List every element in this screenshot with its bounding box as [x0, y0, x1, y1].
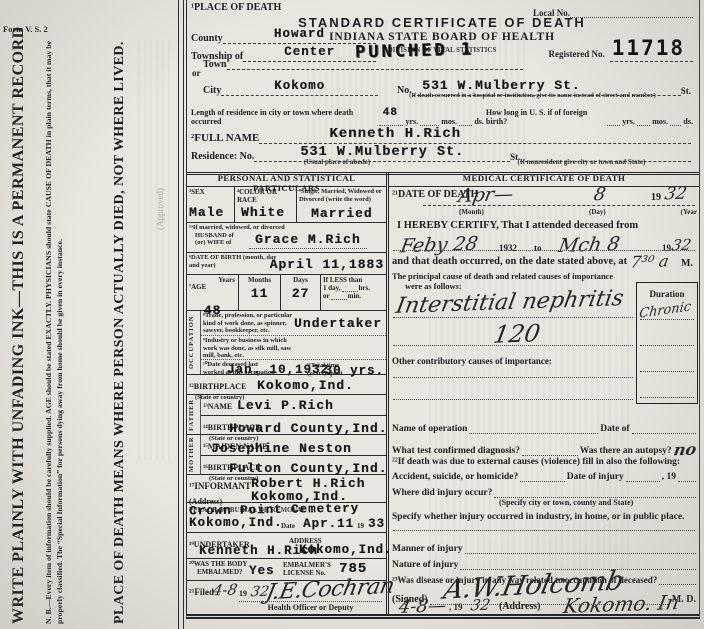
father-birthplace-value: Howard County,Ind. [229, 421, 387, 436]
death-day-handwritten: 8 [592, 184, 607, 205]
length-value: 48 [383, 107, 398, 119]
embalmed-value: Yes [249, 564, 275, 578]
approved-note: (Approved) [155, 70, 165, 230]
registered-no-value: 11718 [610, 36, 693, 62]
death-year-prefix: 19 [651, 192, 661, 203]
attended-to-handwritten: Mch 8 [557, 233, 622, 257]
where-injury-note: (Specify city or town, county and State) [499, 498, 633, 507]
dotted-line [423, 205, 695, 206]
sex-label: ³SEX [189, 188, 232, 196]
undertaker-row: ¹⁹UNDERTAKER Kenneth H.Rich ADDRESS Koko… [187, 533, 386, 559]
dotted-line [640, 397, 694, 398]
cause-label-1: The principal cause of death and related… [392, 272, 613, 281]
registered-no-row: Registered No. 11718 [548, 36, 693, 62]
place-of-death-label: ¹PLACE OF DEATH [191, 2, 281, 13]
month-caption: (Month) [459, 208, 484, 216]
accident-row: Accident, suicide, or homicide? Date of … [392, 472, 696, 482]
city-value: Kokomo [274, 79, 325, 93]
spouse-value: Grace M.Rich [249, 232, 367, 249]
trade-label: ⁸Trade, profession, or particular kind o… [203, 312, 299, 335]
marital-label: ⁵Single, Married, Widowed or Divorced (w… [299, 188, 384, 203]
months-label: Months [241, 276, 278, 284]
burial-date-label: Date [281, 522, 295, 530]
street-value: 531 W.Mulberry St. [422, 78, 580, 93]
signed-date-handwritten: 4-8— [397, 595, 448, 618]
color-cell: ⁴COLOR OR RACE White [235, 187, 297, 222]
father-content: ¹³NAME Levi P.Rich ¹⁴BIRTHPLACE (State o… [201, 395, 386, 434]
dotted-line [659, 576, 696, 585]
age-months-cell: Months 11 [239, 275, 281, 310]
mother-birthplace-value: Fulton County,Ind. [229, 461, 387, 476]
dob-label: ⁶DATE OF BIRTH (month, day and year) [189, 254, 281, 269]
sex-color-marital-row: ³SEX Male ⁴COLOR OR RACE White ⁵Single, … [187, 187, 386, 223]
age-row: ⁷AGE Years 48 Months 11 Days 27 If LESS … [187, 275, 386, 311]
city-label: City [203, 85, 221, 96]
township-value: Center [284, 45, 335, 59]
occupation-content: ⁸Trade, profession, or particular kind o… [201, 311, 386, 374]
father-name-value: Levi P.Rich [237, 398, 334, 413]
county-field: Howard [223, 24, 376, 44]
undertaker-address-value: Kokomo,Ind. [299, 543, 393, 557]
personal-particulars-title: PERSONAL AND STATISTICAL PARTICULARS [187, 172, 386, 187]
dotted-line [393, 345, 633, 346]
color-value: White [241, 205, 285, 220]
marital-cell: ⁵Single, Married, Widowed or Divorced (w… [297, 187, 386, 222]
filed-row: ²¹Filed 4-8 19 32 J.E.Cochran Health Off… [187, 581, 386, 614]
burial-row: ¹⁸PLACE OF BURIAL OR REMOVAL Crown Point… [187, 503, 386, 533]
year-caption: (Year [681, 208, 697, 216]
margin-nb-note: N. B.—Every item of information should b… [44, 12, 65, 624]
town-row: Town [203, 59, 523, 70]
address-handwritten: Kokomo. In [561, 590, 681, 618]
margin-divider-line [178, 0, 179, 629]
specify-injury-label: Specify whether injury occurred in indus… [392, 512, 684, 522]
full-name-field: Kenneth H.Rich [259, 124, 691, 144]
birthplace-row: ¹²BIRTHPLACE (State or country) Kokomo,I… [187, 375, 386, 395]
dotted-line [393, 317, 633, 318]
certify-line: I HEREBY CERTIFY, That I attended deceas… [397, 220, 638, 231]
mother-row: ¹⁵MAIDEN NAME Josephine Neston ¹⁶BIRTHPL… [187, 435, 386, 475]
hour-handwritten: 7³⁰ a [630, 251, 671, 271]
am-label: M. [681, 258, 693, 269]
town-label: Town [203, 59, 227, 70]
occupation-side-label: OCCUPATION [187, 311, 201, 374]
dotted-line [469, 425, 598, 434]
certificate-form: ¹PLACE OF DEATH Local No. STANDARD CERTI… [186, 0, 700, 619]
father-side-label: FATHER [187, 395, 201, 434]
informant-label: ¹⁷INFORMANT [189, 481, 251, 491]
age-less-cell: If LESS than 1 day, hrs. or min. [321, 275, 386, 310]
license-label-1: EMBALMER'S [283, 561, 331, 569]
mother-side-label: MOTHER [187, 435, 201, 474]
mother-maiden-name-value: Josephine Neston [211, 441, 352, 456]
margin-permanent-record-note: WRITE PLAINLY WITH UNFADING INK—THIS IS … [10, 16, 28, 624]
county-row: County Howard [191, 24, 376, 44]
occupation-row: ⁸Trade, profession, or particular kind o… [187, 311, 386, 375]
health-officer-label: Health Officer or Deputy [239, 603, 382, 612]
test-label: What test confirmed diagnosis? [392, 446, 520, 456]
to-year-handwritten: 32 [670, 236, 692, 255]
medical-certificate-title: MEDICAL CERTIFICATE OF DEATH [389, 172, 699, 187]
mother-name-subrow: ¹⁵MAIDEN NAME Josephine Neston [201, 435, 386, 456]
dotted-line [393, 399, 633, 400]
external-causes-label: ²²If death was due to external causes (v… [392, 457, 680, 467]
diagnosis-test-row: What test confirmed diagnosis? Was there… [392, 440, 696, 456]
where-injury-label: Where did injury occur? [392, 488, 492, 498]
less-min-label: min. [348, 292, 361, 300]
duration-label: Duration [637, 289, 697, 299]
informant-row: ¹⁷INFORMANT Robert H.Rich (Address) Koko… [187, 475, 386, 503]
less-label-1: If LESS than [323, 276, 384, 284]
birthplace-label: ¹²BIRTHPLACE [189, 382, 246, 391]
years-label: Years [218, 276, 235, 284]
address-label: (Address) [499, 601, 540, 612]
accident-label: Accident, suicide, or homicide? [392, 472, 518, 482]
dotted-line [520, 473, 565, 482]
dotted-line [678, 473, 696, 482]
operation-row: Name of operation Date of [392, 424, 696, 434]
father-name-label: ¹³NAME [203, 402, 232, 411]
less-line-3: or min. [323, 292, 384, 300]
less-hrs-label: hrs. [359, 284, 370, 292]
dotted-line [342, 285, 358, 292]
manner-injury-label: Manner of injury [392, 544, 463, 554]
personal-particulars-column: PERSONAL AND STATISTICAL PARTICULARS ³SE… [187, 172, 389, 614]
dotted-line [393, 377, 633, 378]
attended-from-year: 1932 [499, 243, 517, 253]
dotted-line [640, 319, 694, 320]
burial-year-prefix: 19 [357, 522, 364, 530]
where-injury-row: Where did injury occur? [392, 488, 696, 498]
form-header: ¹PLACE OF DEATH Local No. STANDARD CERTI… [187, 0, 699, 175]
town-field [227, 68, 523, 70]
spouse-label-1: ⁵ᵃIf married, widowed, or divorced [189, 224, 384, 232]
trade-subrow: ⁸Trade, profession, or particular kind o… [201, 311, 386, 336]
license-label-2: LICENSE No. [283, 569, 326, 577]
burial-year-value: 33 [368, 517, 385, 531]
signed-year-handwritten: 32 [469, 596, 491, 615]
margin-place-of-death-note: PLACE OF DEATH MEANS WHERE PERSON ACTUAL… [112, 12, 128, 624]
county-value: Howard [274, 27, 325, 41]
dotted-line [393, 250, 695, 251]
industry-subrow: ⁹Industry or business in which work was … [201, 336, 386, 360]
dob-row: ⁶DATE OF BIRTH (month, day and year) Apr… [187, 253, 386, 275]
less-label-2: 1 day, [323, 284, 341, 292]
death-certificate-scan: Form V. S. 2 WRITE PLAINLY WITH UNFADING… [0, 0, 704, 629]
operation-date-label: Date of [600, 424, 629, 434]
autopsy-label: Was there an autopsy? [580, 446, 672, 456]
dob-value: April 11,1883 [270, 257, 384, 272]
father-row: ¹³NAME Levi P.Rich ¹⁴BIRTHPLACE (State o… [187, 395, 386, 435]
industry-label: ⁹Industry or business in which work was … [203, 337, 299, 360]
occurred-line: and that death occurred, on the date sta… [392, 256, 627, 267]
duration-box: Duration Chronic [636, 282, 698, 404]
injury-year-label: , 19 [662, 472, 676, 482]
abode-note: (Usual place of abode) [247, 158, 427, 166]
left-margin: Form V. S. 2 WRITE PLAINLY WITH UNFADING… [0, 0, 184, 629]
dotted-line [640, 345, 694, 346]
nature-injury-label: Nature of injury [392, 560, 458, 570]
dotted-line [494, 489, 696, 498]
filed-label: ²¹Filed [189, 587, 214, 597]
days-label: Days [283, 276, 318, 284]
city-field: Kokomo [221, 76, 378, 96]
city-row: City Kokomo [203, 76, 378, 96]
death-year-handwritten: 32 [664, 184, 689, 205]
trade-value: Undertaker [294, 316, 382, 331]
age-years-cell: ⁷AGE Years 48 [187, 275, 239, 310]
nature-injury-row: Nature of injury [392, 560, 696, 570]
registered-no-label: Registered No. [548, 49, 604, 62]
sex-cell: ³SEX Male [187, 187, 235, 222]
days-value: 27 [283, 286, 318, 301]
hospital-note: (If death occurred in a hospital or inst… [372, 92, 693, 99]
marital-value: Married [311, 206, 373, 221]
dotted-line [626, 473, 660, 482]
dotted-line [522, 447, 578, 456]
full-name-row: ²FULL NAME Kenneth H.Rich [191, 124, 691, 144]
dotted-line [465, 545, 696, 554]
burial-date-value: Apr.11 [303, 517, 354, 531]
death-month-handwritten: Apr— [457, 183, 515, 207]
age-days-cell: Days 27 [281, 275, 321, 310]
dotted-line [632, 425, 696, 434]
mother-content: ¹⁵MAIDEN NAME Josephine Neston ¹⁶BIRTHPL… [201, 435, 386, 474]
birthplace-value: Kokomo,Ind. [257, 378, 354, 393]
operation-label: Name of operation [392, 424, 467, 434]
dotted-line [331, 293, 347, 300]
nonresident-note: (If nonresident give city or town and St… [474, 158, 689, 166]
injury-date-label: Date of injury [567, 472, 624, 482]
filed-date-handwritten: 4-8 [211, 581, 239, 600]
dotted-line [239, 601, 382, 602]
burial-place-value: Kokomo,Ind. [189, 516, 283, 530]
spouse-row: ⁵ᵃIf married, widowed, or divorced HUSBA… [187, 223, 386, 253]
contributory-label: Other contributory causes of importance: [392, 356, 552, 366]
residence-label: Residence: No. [191, 151, 254, 162]
signed-year-prefix: , 19 [449, 602, 463, 612]
age-label: ⁷AGE [189, 283, 206, 291]
months-value: 11 [241, 286, 278, 301]
cause-label-2: were as follows: [405, 282, 462, 291]
dotted-line [640, 371, 694, 372]
attended-from-handwritten: Feby 28 [399, 233, 480, 258]
less-or-label: or [323, 292, 330, 300]
dotted-line [393, 530, 695, 531]
medical-certificate-column: MEDICAL CERTIFICATE OF DEATH ²¹DATE OF D… [389, 172, 699, 614]
or-label: or [192, 68, 201, 78]
day-caption: (Day) [589, 208, 606, 216]
filed-year-prefix: 19 [239, 589, 247, 598]
less-line-2: 1 day, hrs. [323, 284, 384, 292]
color-label: ⁴COLOR OR RACE [237, 188, 294, 204]
sex-value: Male [189, 205, 224, 220]
to-label: to [534, 243, 542, 253]
form-body: PERSONAL AND STATISTICAL PARTICULARS ³SE… [187, 172, 699, 614]
father-name-subrow: ¹³NAME Levi P.Rich [201, 395, 386, 416]
manner-injury-row: Manner of injury [392, 544, 696, 554]
full-name-value: Kenneth H.Rich [329, 126, 461, 142]
